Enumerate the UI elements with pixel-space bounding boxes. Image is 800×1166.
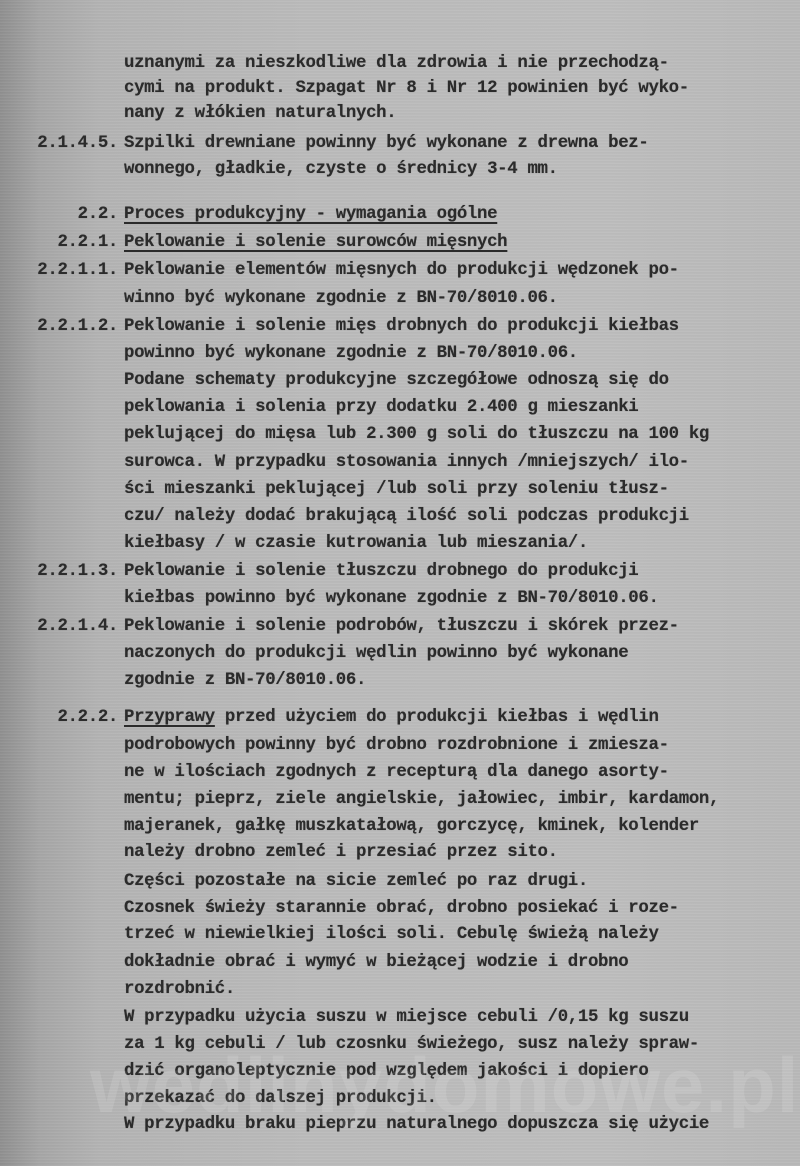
line-text: Szpilki drewniane powinny być wykonane z… <box>124 134 648 153</box>
text-line: trzeć w niewielkiej ilości soli. Cebulę … <box>0 922 800 948</box>
text-line: W przypadku użycia suszu w miejsce cebul… <box>0 1005 800 1031</box>
section-number: 2.2.1.4. <box>37 614 118 640</box>
text-line: peklującej do mięsa lub 2.300 g soli do … <box>0 422 800 448</box>
line-text: Czosnek świeży starannie obrać, drobno p… <box>124 899 679 918</box>
line-text: winno być wykonane zgodnie z BN-70/8010.… <box>124 289 558 308</box>
text-line: powinno być wykonane zgodnie z BN-70/801… <box>0 341 800 367</box>
line-text: uznanymi za nieszkodliwe dla zdrowia i n… <box>124 54 669 73</box>
line-text: podrobowych powinny być drobno rozdrobni… <box>124 736 669 755</box>
text-line: Podane schematy produkcyjne szczegółowe … <box>0 368 800 394</box>
line-text: mentu; pieprz, ziele angielskie, jałowie… <box>124 790 719 809</box>
line-text: Peklowanie i solenie tłuszczu drobnego d… <box>124 562 638 581</box>
text-line: 2.2.1.3.Peklowanie i solenie tłuszczu dr… <box>0 559 800 585</box>
text-line: wonnego, gładkie, czyste o średnicy 3-4 … <box>0 157 800 183</box>
text-line: uznanymi za nieszkodliwe dla zdrowia i n… <box>0 51 800 77</box>
line-text: ści mieszanki peklującej /lub soli przy … <box>124 480 669 499</box>
line-text: rozdrobnić. <box>124 980 235 999</box>
section-number: 2.1.4.5. <box>37 131 118 157</box>
text-line: należy drobno zemleć i przesiać przez si… <box>0 840 800 866</box>
line-text: W przypadku użycia suszu w miejsce cebul… <box>124 1008 689 1027</box>
text-line: W przypadku braku pieprzu naturalnego do… <box>0 1112 800 1138</box>
text-line: 2.2.2.Przyprawy przed użyciem do produkc… <box>0 705 800 731</box>
line-text: przekazać do dalszej produkcji. <box>124 1089 437 1108</box>
line-text: dokładnie obrać i wymyć w bieżącej wodzi… <box>124 953 628 972</box>
text-line: rozdrobnić. <box>0 977 800 1003</box>
text-line: 2.2.1.2.Peklowanie i solenie mięs drobny… <box>0 314 800 340</box>
text-line: kiełbas powinno być wykonane zgodnie z B… <box>0 586 800 612</box>
line-text: kiełbasy / w czasie kutrowania lub miesz… <box>124 534 588 553</box>
line-text: dzić organoleptycznie pod względem jakoś… <box>124 1062 648 1081</box>
line-text: peklowania i solenia przy dodatku 2.400 … <box>124 398 638 417</box>
section-number: 2.2.1.1. <box>37 258 118 284</box>
section-number: 2.2.1. <box>57 230 118 256</box>
text-line: podrobowych powinny być drobno rozdrobni… <box>0 733 800 759</box>
text-line: mentu; pieprz, ziele angielskie, jałowie… <box>0 787 800 813</box>
line-text: zgodnie z BN-70/8010.06. <box>124 671 366 690</box>
text-line: nany z włókien naturalnych. <box>0 101 800 127</box>
line-text: Peklowanie elementów mięsnych do produkc… <box>124 261 679 280</box>
text-line: majeranek, gałkę muszkatałową, gorczycę,… <box>0 814 800 840</box>
text-line: dokładnie obrać i wymyć w bieżącej wodzi… <box>0 950 800 976</box>
line-text: za 1 kg cebuli / lub czosnku świeżego, s… <box>124 1035 699 1054</box>
line-text: ne w ilościach zgodnych z recepturą dla … <box>124 763 669 782</box>
text-line: Części pozostałe na sicie zemleć po raz … <box>0 869 800 895</box>
text-line: 2.2.1.1.Peklowanie elementów mięsnych do… <box>0 258 800 284</box>
line-text: majeranek, gałkę muszkatałową, gorczycę,… <box>124 817 699 836</box>
text-line: 2.1.4.5.Szpilki drewniane powinny być wy… <box>0 131 800 157</box>
text-line: zgodnie z BN-70/8010.06. <box>0 668 800 694</box>
line-text: nany z włókien naturalnych. <box>124 104 396 123</box>
underlined-heading: Przyprawy <box>124 708 215 727</box>
line-text: powinno być wykonane zgodnie z BN-70/801… <box>124 344 578 363</box>
line-text: Peklowanie i solenie mięs drobnych do pr… <box>124 317 679 336</box>
section-number: 2.2.1.2. <box>37 314 118 340</box>
line-text: wonnego, gładkie, czyste o średnicy 3-4 … <box>124 160 558 179</box>
line-text: W przypadku braku pieprzu naturalnego do… <box>124 1115 709 1134</box>
section-heading: 2.2.1.Peklowanie i solenie surowców mięs… <box>0 230 800 256</box>
line-text: Części pozostałe na sicie zemleć po raz … <box>124 872 588 891</box>
line-text: surowca. W przypadku stosowania innych /… <box>124 453 689 472</box>
text-line: dzić organoleptycznie pod względem jakoś… <box>0 1059 800 1085</box>
underlined-heading: Peklowanie i solenie surowców mięsnych <box>124 233 507 252</box>
line-text: peklującej do mięsa lub 2.300 g soli do … <box>124 425 709 444</box>
line-text: naczonych do produkcji wędlin powinno by… <box>124 644 628 663</box>
text-line: cymi na produkt. Szpagat Nr 8 i Nr 12 po… <box>0 76 800 102</box>
section-number: 2.2. <box>78 202 118 228</box>
text-line: peklowania i solenia przy dodatku 2.400 … <box>0 395 800 421</box>
text-line: za 1 kg cebuli / lub czosnku świeżego, s… <box>0 1032 800 1058</box>
text-line: surowca. W przypadku stosowania innych /… <box>0 450 800 476</box>
line-text: Podane schematy produkcyjne szczegółowe … <box>124 371 669 390</box>
line-text: przed użyciem do produkcji kiełbas i węd… <box>215 708 659 727</box>
text-line: Czosnek świeży starannie obrać, drobno p… <box>0 896 800 922</box>
text-line: winno być wykonane zgodnie z BN-70/8010.… <box>0 286 800 312</box>
text-line: naczonych do produkcji wędlin powinno by… <box>0 641 800 667</box>
section-number: 2.2.2. <box>57 705 118 731</box>
text-line: kiełbasy / w czasie kutrowania lub miesz… <box>0 531 800 557</box>
text-line: ne w ilościach zgodnych z recepturą dla … <box>0 760 800 786</box>
line-text: kiełbas powinno być wykonane zgodnie z B… <box>124 589 659 608</box>
line-text: trzeć w niewielkiej ilości soli. Cebulę … <box>124 925 659 944</box>
text-line: czu/ należy dodać brakującą ilość soli p… <box>0 504 800 530</box>
text-line: 2.2.1.4.Peklowanie i solenie podrobów, t… <box>0 614 800 640</box>
section-number: 2.2.1.3. <box>37 559 118 585</box>
underlined-heading: Proces produkcyjny - wymagania ogólne <box>124 205 497 224</box>
section-heading: 2.2.Proces produkcyjny - wymagania ogóln… <box>0 202 800 228</box>
line-text: cymi na produkt. Szpagat Nr 8 i Nr 12 po… <box>124 79 689 98</box>
line-text: Peklowanie i solenie podrobów, tłuszczu … <box>124 617 679 636</box>
text-line: przekazać do dalszej produkcji. <box>0 1086 800 1112</box>
line-text: należy drobno zemleć i przesiać przez si… <box>124 843 558 862</box>
line-text: czu/ należy dodać brakującą ilość soli p… <box>124 507 689 526</box>
text-line: ści mieszanki peklującej /lub soli przy … <box>0 477 800 503</box>
